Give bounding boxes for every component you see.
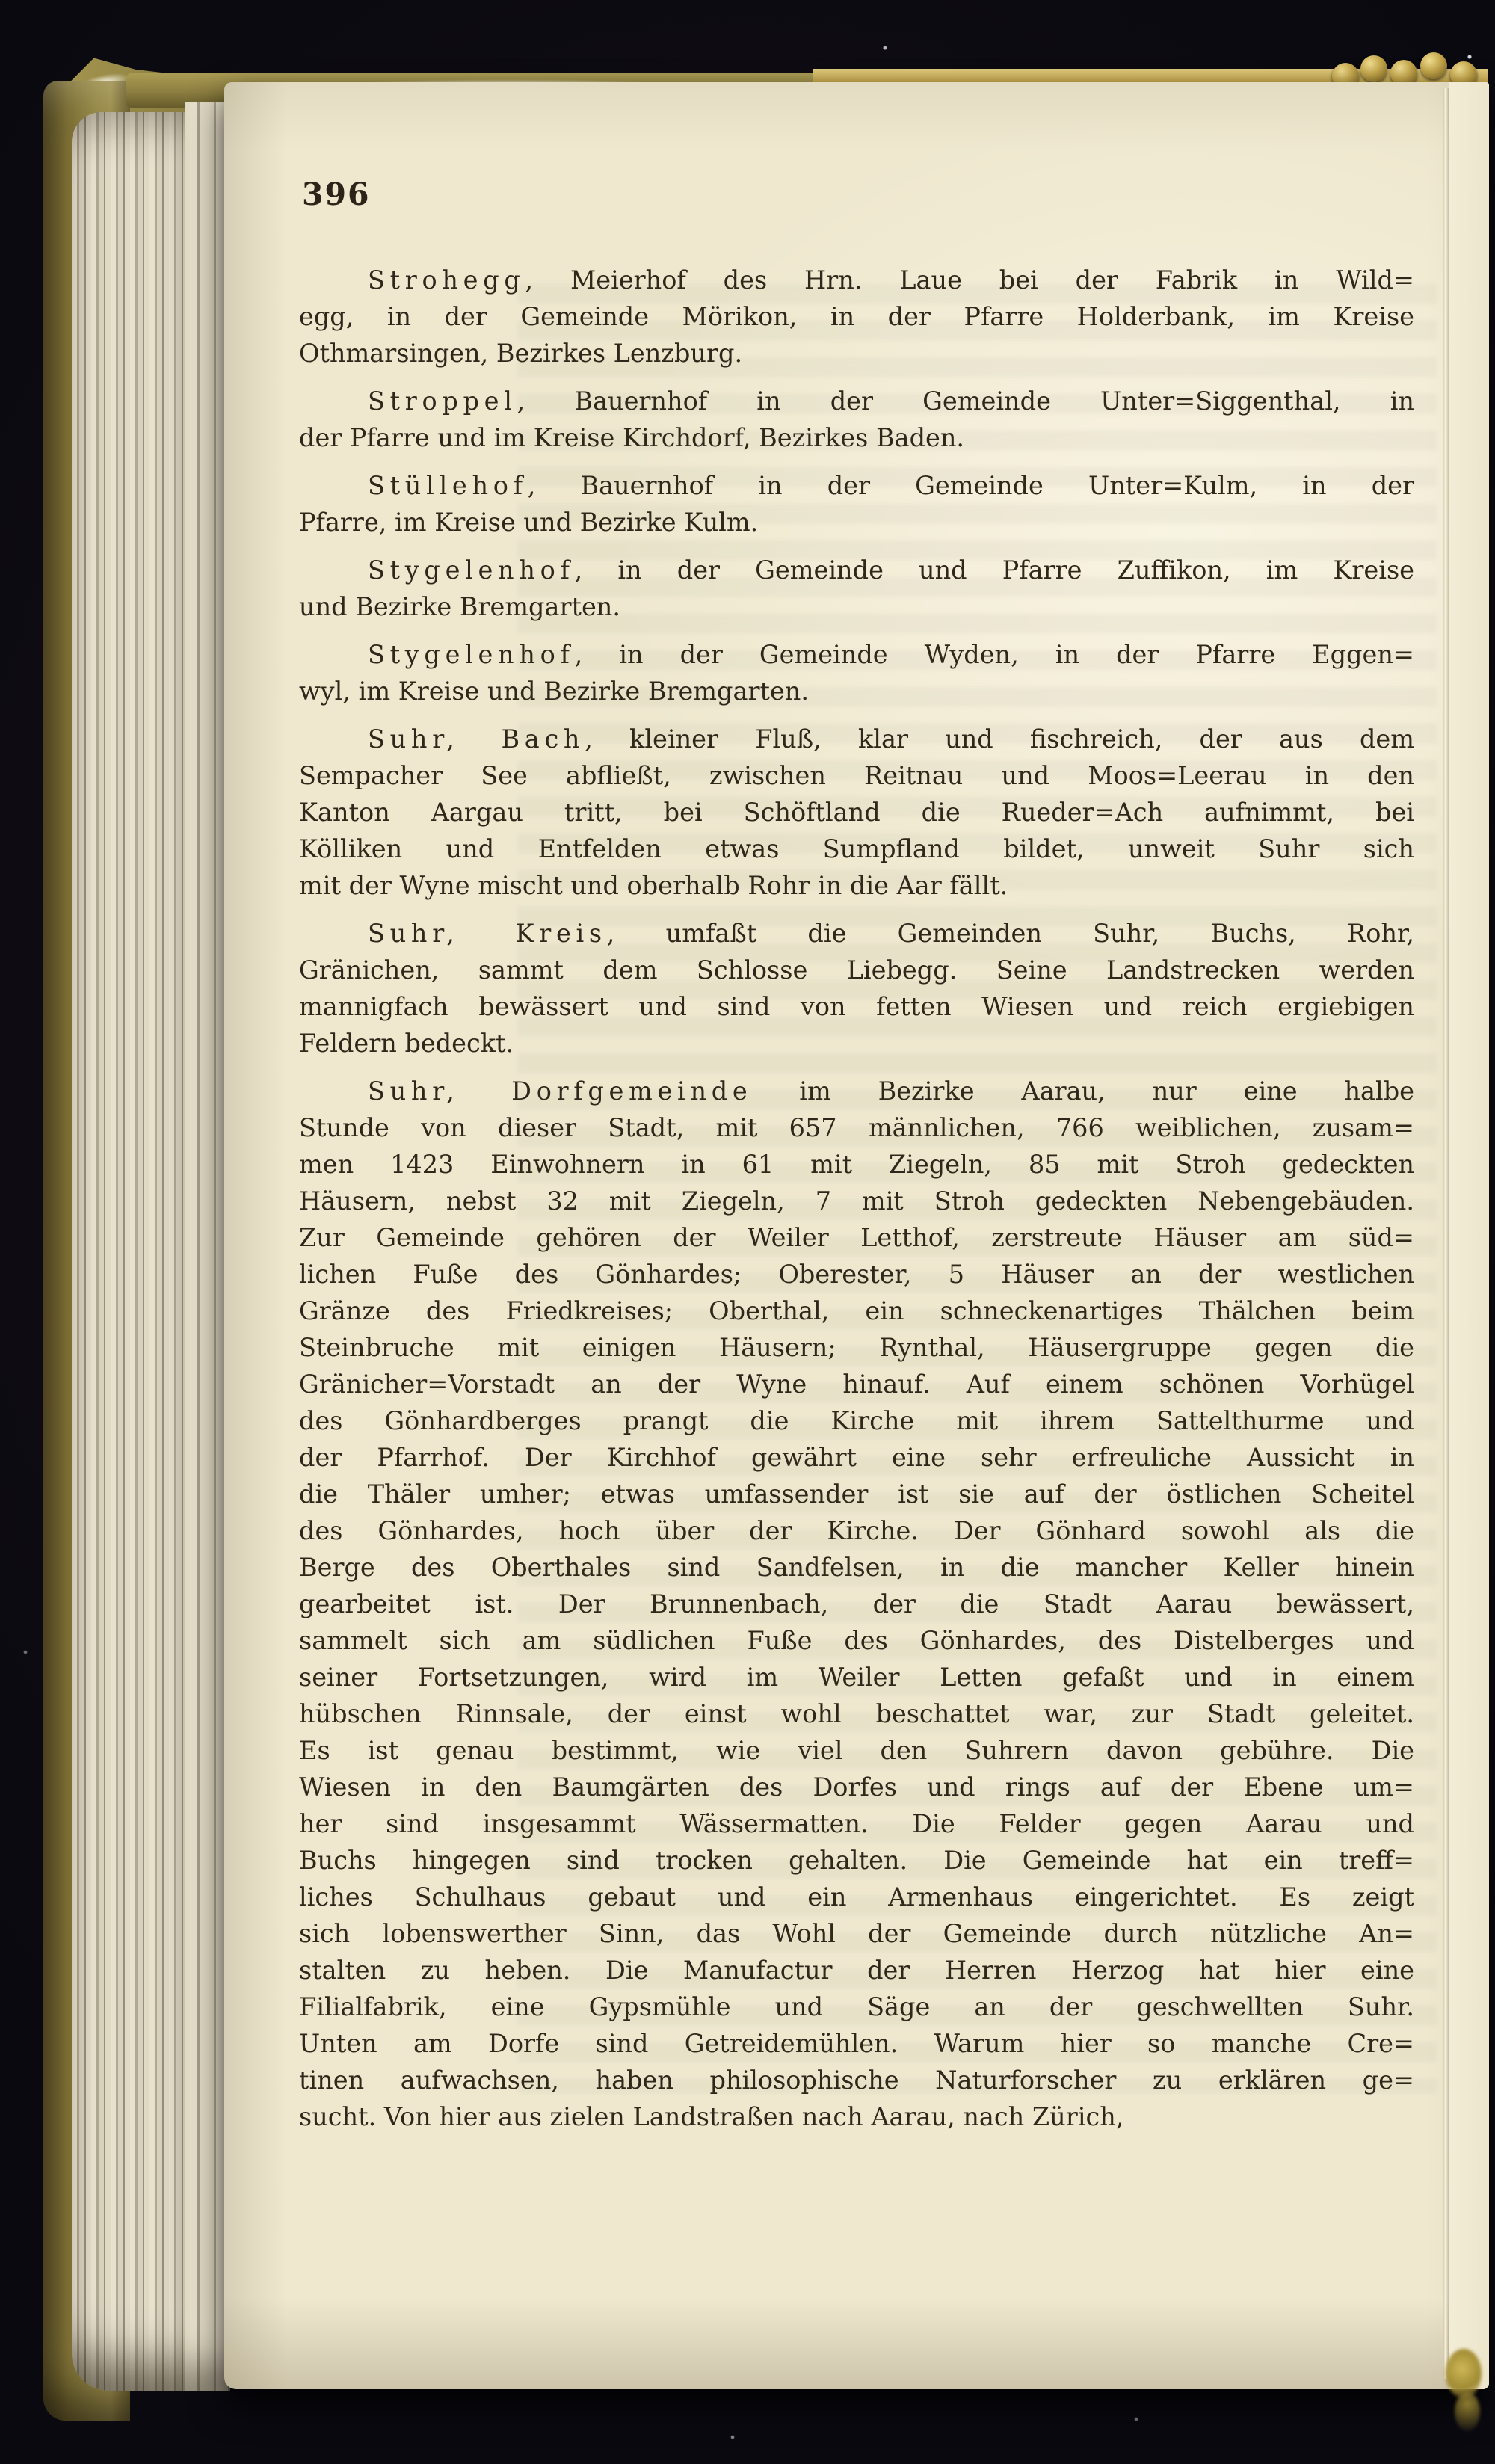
entry-first-line-text: , in der Gemeinde Wyden, in der Pfarre E… (575, 640, 1414, 669)
entry-line: des Gönhardberges prangt die Kirche mit … (299, 1402, 1414, 1439)
entry-first-line: Suhr, Kreis, umfaßt die Gemeinden Suhr, … (299, 915, 1414, 952)
entry-first-line-text: im Bezirke Aarau, nur eine halbe (752, 1077, 1414, 1106)
binding-thread-tuft (1446, 2349, 1482, 2398)
dictionary-entry: Suhr, Kreis, umfaßt die Gemeinden Suhr, … (299, 915, 1414, 1062)
entry-headword: Stroppel (368, 386, 517, 416)
dictionary-entry: Stygelenhof, in der Gemeinde Wyden, in d… (299, 636, 1414, 709)
entry-line: egg, in der Gemeinde Mörikon, in der Pfa… (299, 298, 1414, 335)
dictionary-entry: Stygelenhof, in der Gemeinde und Pfarre … (299, 552, 1414, 625)
dictionary-entry: Stroppel, Bauernhof in der Gemeinde Unte… (299, 383, 1414, 456)
entry-line: Häusern, nebst 32 mit Ziegeln, 7 mit Str… (299, 1183, 1414, 1219)
entry-line: Gränicher=Vorstadt an der Wyne hinauf. A… (299, 1366, 1414, 1402)
entry-first-line: Suhr, Bach, kleiner Fluß, klar und fisch… (299, 721, 1414, 757)
entry-line: mannigfach bewässert und sind von fetten… (299, 988, 1414, 1025)
entry-line: und Bezirke Bremgarten. (299, 588, 1414, 625)
gilt-bead (1420, 52, 1447, 79)
text-block: Strohegg, Meierhof des Hrn. Laue bei der… (299, 262, 1414, 2135)
entry-line: wyl, im Kreise und Bezirke Bremgarten. (299, 673, 1414, 709)
entry-line: stalten zu heben. Die Manufactur der Her… (299, 1952, 1414, 1989)
entry-first-line-text: , Meierhof des Hrn. Laue bei der Fabrik … (525, 265, 1414, 295)
entry-line: Pfarre, im Kreise und Bezirke Kulm. (299, 504, 1414, 540)
entry-line: Wiesen in den Baumgärten des Dorfes und … (299, 1769, 1414, 1805)
entry-line: Gränze des Friedkreises; Oberthal, ein s… (299, 1293, 1414, 1329)
entry-line: der Pfarrhof. Der Kirchhof gewährt eine … (299, 1439, 1414, 1476)
dictionary-entry: Suhr, Bach, kleiner Fluß, klar und fisch… (299, 721, 1414, 904)
entry-headword: Suhr, Dorfgemeinde (368, 1077, 752, 1106)
entry-line: Othmarsingen, Bezirkes Lenzburg. (299, 335, 1414, 372)
entry-first-line-text: , in der Gemeinde und Pfarre Zuffikon, i… (575, 555, 1414, 585)
entry-line: lichen Fuße des Gönhardes; Oberester, 5 … (299, 1256, 1414, 1293)
entry-line: her sind insgesammt Wässermatten. Die Fe… (299, 1805, 1414, 1842)
entry-line: gearbeitet ist. Der Brunnenbach, der die… (299, 1586, 1414, 1622)
entry-headword: Suhr, Bach (368, 724, 585, 754)
entry-line: Filialfabrik, eine Gypsmühle und Säge an… (299, 1989, 1414, 2025)
dictionary-entry: Strohegg, Meierhof des Hrn. Laue bei der… (299, 262, 1414, 372)
entry-line: Sempacher See abfließt, zwischen Reitnau… (299, 757, 1414, 794)
photo-backdrop: 396 Strohegg, Meierhof des Hrn. Laue bei… (0, 0, 1495, 2464)
entry-headword: Stüllehof (368, 471, 528, 500)
entry-line: Unten am Dorfe sind Getreidemühlen. Waru… (299, 2025, 1414, 2062)
page-edges-stack-inner (185, 102, 230, 2391)
entry-headword: Suhr, Kreis (368, 919, 607, 948)
entry-line: seiner Fortsetzungen, wird im Weiler Let… (299, 1659, 1414, 1695)
entry-line: hübschen Rinnsale, der einst wohl bescha… (299, 1695, 1414, 1732)
page-edges-stack (72, 112, 185, 2391)
entry-first-line-text: , Bauernhof in der Gemeinde Unter=Kulm, … (528, 471, 1414, 500)
page-crease (1443, 88, 1449, 2379)
entry-first-line: Stygelenhof, in der Gemeinde und Pfarre … (299, 552, 1414, 588)
book-page: 396 Strohegg, Meierhof des Hrn. Laue bei… (224, 82, 1489, 2389)
entry-line: Es ist genau bestimmt, wie viel den Suhr… (299, 1732, 1414, 1769)
dictionary-entry: Stüllehof, Bauernhof in der Gemeinde Unt… (299, 467, 1414, 540)
entry-first-line: Stygelenhof, in der Gemeinde Wyden, in d… (299, 636, 1414, 673)
entry-headword: Strohegg (368, 265, 525, 295)
entry-line: Kanton Aargau tritt, bei Schöftland die … (299, 794, 1414, 831)
entry-line: Gränichen, sammt dem Schlosse Liebegg. S… (299, 952, 1414, 988)
entry-line: der Pfarre und im Kreise Kirchdorf, Bezi… (299, 419, 1414, 456)
entry-line: die Thäler umher; etwas umfassender ist … (299, 1476, 1414, 1512)
entry-line: sammelt sich am südlichen Fuße des Gönha… (299, 1622, 1414, 1659)
entry-line: Steinbruche mit einigen Häusern; Rynthal… (299, 1329, 1414, 1366)
entry-headword: Stygelenhof (368, 640, 575, 669)
entry-line: Buchs hingegen sind trocken gehalten. Di… (299, 1842, 1414, 1879)
dictionary-entry: Suhr, Dorfgemeinde im Bezirke Aarau, nur… (299, 1073, 1414, 2135)
entry-line: men 1423 Einwohnern in 61 mit Ziegeln, 8… (299, 1146, 1414, 1183)
entry-line: Zur Gemeinde gehören der Weiler Letthof,… (299, 1219, 1414, 1256)
entry-first-line: Stroppel, Bauernhof in der Gemeinde Unte… (299, 383, 1414, 419)
entry-line: Kölliken und Entfelden etwas Sumpfland b… (299, 831, 1414, 867)
entry-first-line: Suhr, Dorfgemeinde im Bezirke Aarau, nur… (299, 1073, 1414, 1109)
entry-line: liches Schulhaus gebaut und ein Armenhau… (299, 1879, 1414, 1915)
entry-line: Feldern bedeckt. (299, 1025, 1414, 1062)
entry-line: sucht. Von hier aus zielen Landstraßen n… (299, 2098, 1414, 2135)
entry-headword: Stygelenhof (368, 555, 575, 585)
entry-line: Stunde von dieser Stadt, mit 657 männlic… (299, 1109, 1414, 1146)
entry-line: sich lobenswerther Sinn, das Wohl der Ge… (299, 1915, 1414, 1952)
entry-first-line: Stüllehof, Bauernhof in der Gemeinde Unt… (299, 467, 1414, 504)
entry-first-line: Strohegg, Meierhof des Hrn. Laue bei der… (299, 262, 1414, 298)
gilt-bead (1360, 55, 1387, 82)
page-number: 396 (302, 176, 371, 212)
entry-line: mit der Wyne mischt und oberhalb Rohr in… (299, 867, 1414, 904)
page-right-margin-strip (1449, 82, 1489, 2389)
entry-line: des Gönhardes, hoch über der Kirche. Der… (299, 1512, 1414, 1549)
entry-first-line-text: , Bauernhof in der Gemeinde Unter=Siggen… (517, 386, 1414, 416)
entry-line: Berge des Oberthales sind Sandfelsen, in… (299, 1549, 1414, 1586)
entry-line: tinen aufwachsen, haben philosophische N… (299, 2062, 1414, 2098)
entry-first-line-text: , kleiner Fluß, klar und fischreich, der… (585, 724, 1414, 754)
binding-thread-tuft-lower (1455, 2392, 1480, 2431)
entry-first-line-text: , umfaßt die Gemeinden Suhr, Buchs, Rohr… (607, 919, 1414, 948)
